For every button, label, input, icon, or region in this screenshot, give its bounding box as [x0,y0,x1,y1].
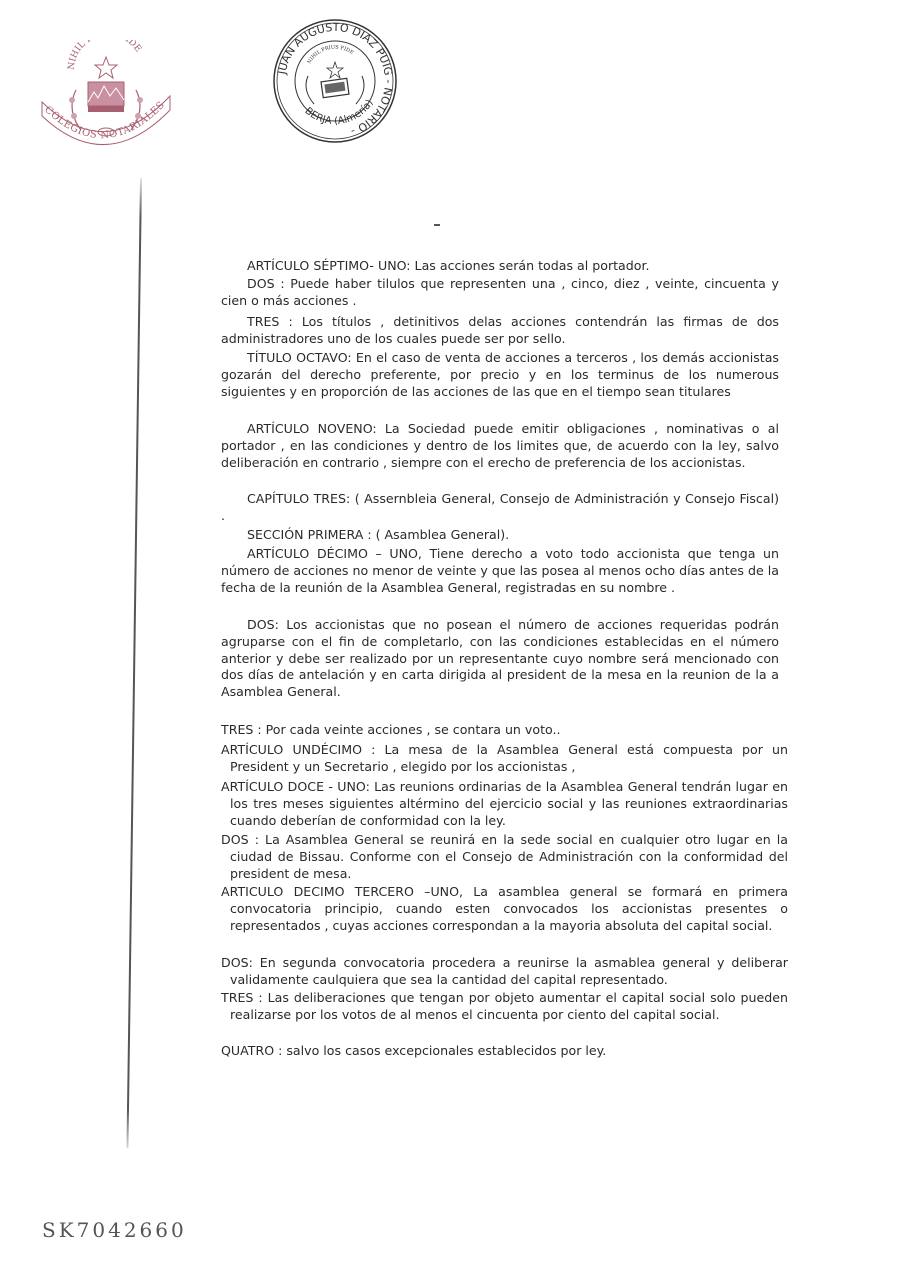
seccion-primera: SECCIÓN PRIMERA : ( Asamblea General). [247,527,509,544]
capitulo-tres: CAPÍTULO TRES: ( Assernbleia General, Co… [221,491,779,525]
page-mark [434,224,440,226]
svg-text:NIHIL PRIUS FIDE: NIHIL PRIUS FIDE [67,40,143,70]
article-9: ARTÍCULO NOVENO: La Sociedad puede emiti… [221,421,779,471]
notary-stamp: JUAN AUGUSTO DIAZ PUIG - NOTARIO - BERJA… [272,18,398,144]
colegios-notariales-seal: NIHIL PRIUS FIDE COLEGIOS NOTARIALES DE … [36,40,176,160]
article-12-uno: ARTÍCULO DOCE - UNO: Las reunions ordina… [221,779,788,829]
notarial-emblem-icon: NIHIL PRIUS FIDE COLEGIOS NOTARIALES DE … [36,40,176,160]
article-10-dos: DOS: Los accionistas que no posean el nú… [221,617,779,701]
article-10-tres: TRES : Por cada veinte acciones , se con… [221,722,788,739]
titulo-octavo: TÍTULO OCTAVO: En el caso de venta de ac… [221,350,779,400]
article-7-uno: ARTÍCULO SÉPTIMO- UNO: Las acciones será… [247,258,650,275]
article-7-tres: TRES : Los títulos , detinitivos delas a… [221,314,779,348]
article-11: ARTÍCULO UNDÉCIMO : La mesa de la Asambl… [221,742,788,776]
article-13-dos: DOS: En segunda convocatoria procedera a… [221,955,788,989]
article-13-tres: TRES : Las deliberaciones que tengan por… [221,990,788,1024]
notary-stamp-icon: JUAN AUGUSTO DIAZ PUIG - NOTARIO - BERJA… [272,18,398,144]
article-13-uno: ARTICULO DECIMO TERCERO –UNO, La asamble… [221,884,788,934]
serial-number: SK7042660 [42,1218,187,1242]
article-13-quatro: QUATRO : salvo los casos excepcionales e… [221,1043,788,1060]
article-7-dos: DOS : Puede haber tilulos que represente… [221,276,779,310]
article-12-dos: DOS : La Asamblea General se reunirá en … [221,832,788,882]
article-10-uno: ARTÍCULO DÉCIMO – UNO, Tiene derecho a v… [221,546,779,596]
margin-rule [126,178,142,1148]
